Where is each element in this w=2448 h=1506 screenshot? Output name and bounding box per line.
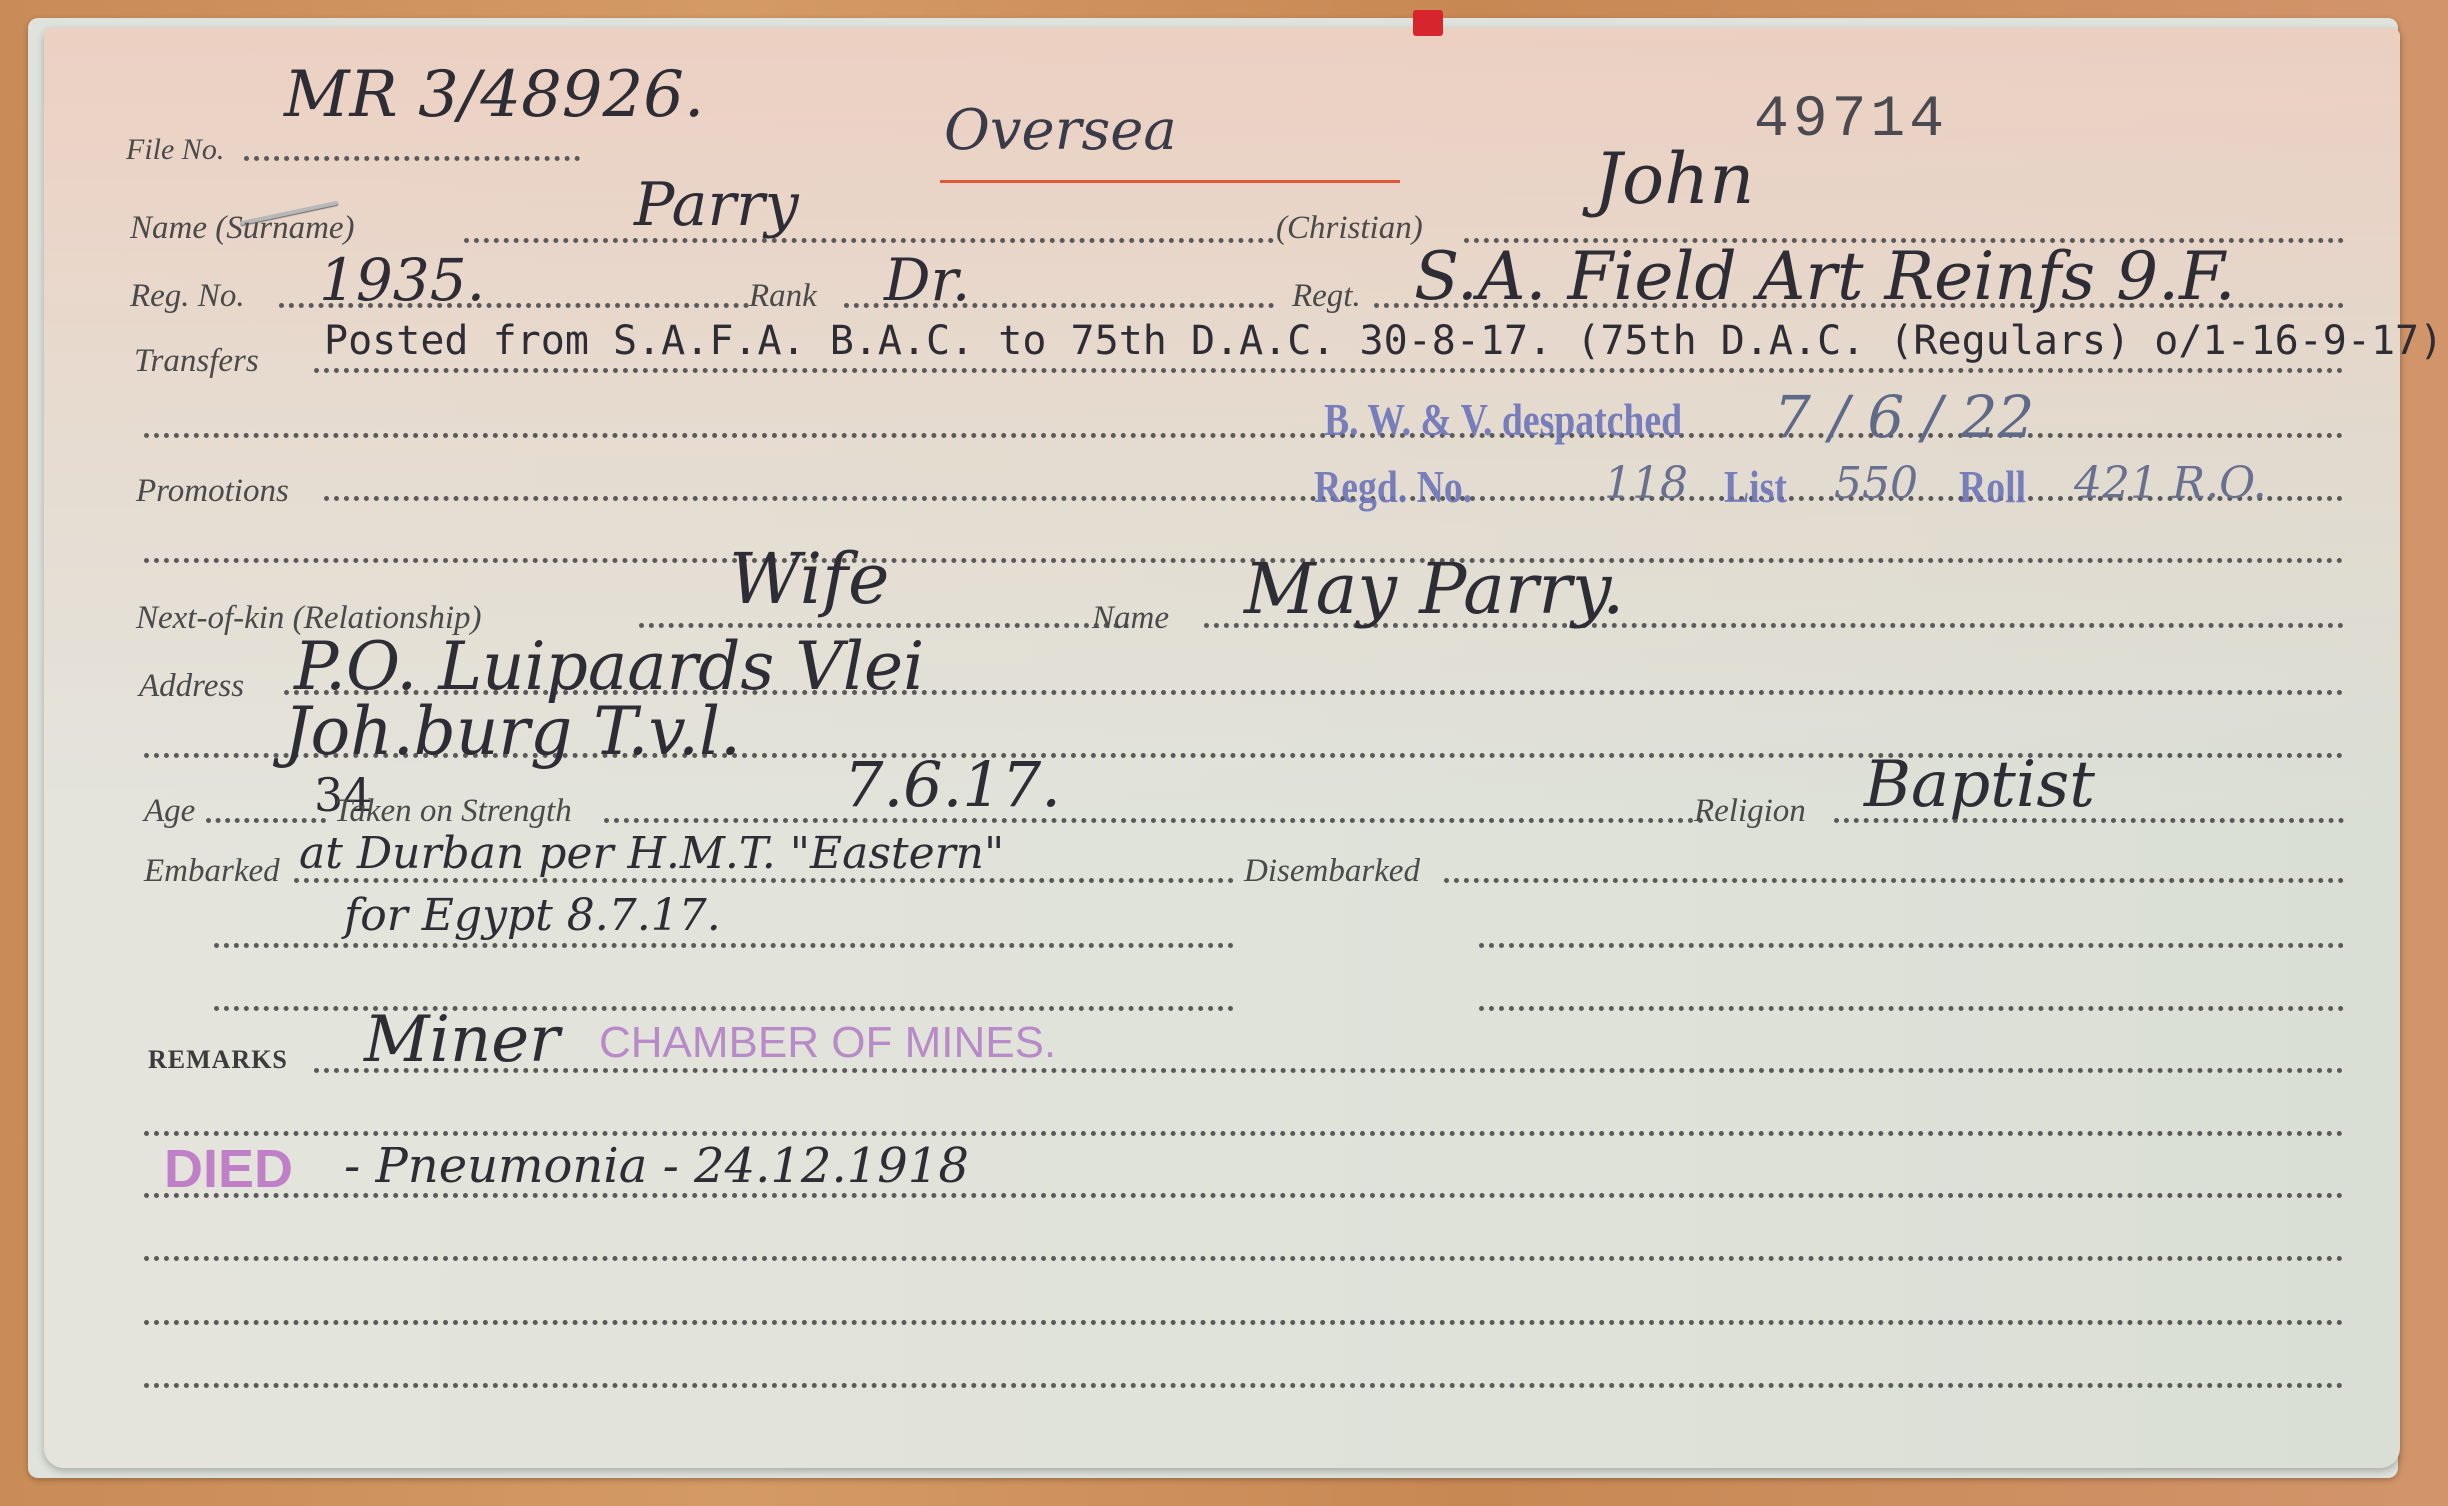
taken-on-strength-label: Taken on Strength	[334, 793, 572, 830]
address-label: Address	[139, 668, 244, 705]
age-label: Age	[144, 793, 195, 830]
disembarked-line-2	[1479, 943, 2344, 948]
category-underline	[940, 180, 1400, 183]
remarks-line-5	[144, 1320, 2344, 1325]
nok-name-value: May Parry.	[1244, 548, 1624, 630]
age-line	[206, 818, 326, 823]
embarked-value-line-2: for Egypt 8.7.17.	[344, 890, 721, 941]
rank-value: Dr.	[884, 246, 970, 314]
surname-line	[464, 238, 1274, 243]
blank-line-3	[1479, 1006, 2344, 1011]
category-value: Oversea	[944, 98, 1177, 163]
serial-number: 49714	[1754, 88, 1948, 153]
remarks-value: Miner	[364, 1003, 560, 1077]
remarks-line	[314, 1068, 2344, 1073]
taken-on-strength-line	[604, 818, 1704, 823]
regt-value: S.A. Field Art Reinfs 9.F.	[1414, 238, 2236, 315]
religion-value: Baptist	[1864, 748, 2095, 822]
list-value: 550	[1834, 458, 1918, 509]
service-record-card: MR 3/48926. File No. Oversea 49714 Name …	[44, 28, 2400, 1468]
died-stamp: DIED	[164, 1138, 293, 1200]
remarks-line-3	[144, 1193, 2344, 1198]
remarks-label: REMARKS	[148, 1045, 288, 1075]
surname-label: Name (Surname)	[130, 210, 355, 247]
regt-label: Regt.	[1292, 278, 1361, 315]
bwv-value: 7 / 6 / 22	[1774, 383, 2034, 451]
list-label: List	[1724, 460, 1787, 513]
reg-no-value: 1935.	[319, 246, 485, 314]
embarked-line-2	[214, 943, 1234, 948]
red-index-tab	[1413, 10, 1443, 36]
address-line-2: Joh.burg T.v.l.	[284, 693, 741, 770]
died-detail: - Pneumonia - 24.12.1918	[344, 1138, 969, 1194]
disembarked-label: Disembarked	[1244, 853, 1420, 890]
transfers-line	[314, 368, 2344, 373]
christian-value: John	[1594, 138, 1754, 220]
taken-on-strength-value: 7.6.17.	[844, 748, 1061, 821]
nok-name-label: Name	[1092, 600, 1169, 637]
regd-no-value: 118	[1604, 458, 1688, 509]
rank-label: Rank	[749, 278, 817, 315]
roll-label: Roll	[1959, 460, 2026, 513]
file-no-line	[244, 156, 580, 161]
next-of-kin-value: Wife	[729, 538, 889, 620]
remarks-line-6	[144, 1383, 2344, 1388]
bwv-stamp-label: B. W. & V. despatched	[1324, 393, 1682, 446]
embarked-label: Embarked	[144, 853, 280, 890]
reg-no-label: Reg. No.	[130, 278, 245, 315]
remarks-line-4	[144, 1256, 2344, 1261]
regd-no-label: Regd. No.	[1314, 460, 1472, 513]
christian-label: (Christian)	[1276, 210, 1423, 247]
transfers-value: Posted from S.A.F.A. B.A.C. to 75th D.A.…	[324, 318, 2443, 364]
file-number-value: MR 3/48926.	[284, 58, 704, 132]
disembarked-line	[1444, 878, 2344, 883]
file-no-label: File No.	[126, 133, 224, 167]
surname-value: Parry	[634, 170, 799, 240]
transfers-label: Transfers	[134, 343, 259, 380]
promotions-label: Promotions	[136, 473, 289, 510]
remarks-line-2	[144, 1131, 2344, 1136]
embarked-value-line-1: at Durban per H.M.T. "Eastern"	[299, 828, 1004, 879]
religion-label: Religion	[1694, 793, 1806, 830]
roll-value: 421 R.O.	[2074, 458, 2267, 509]
chamber-of-mines-stamp: CHAMBER OF MINES.	[599, 1018, 1056, 1068]
